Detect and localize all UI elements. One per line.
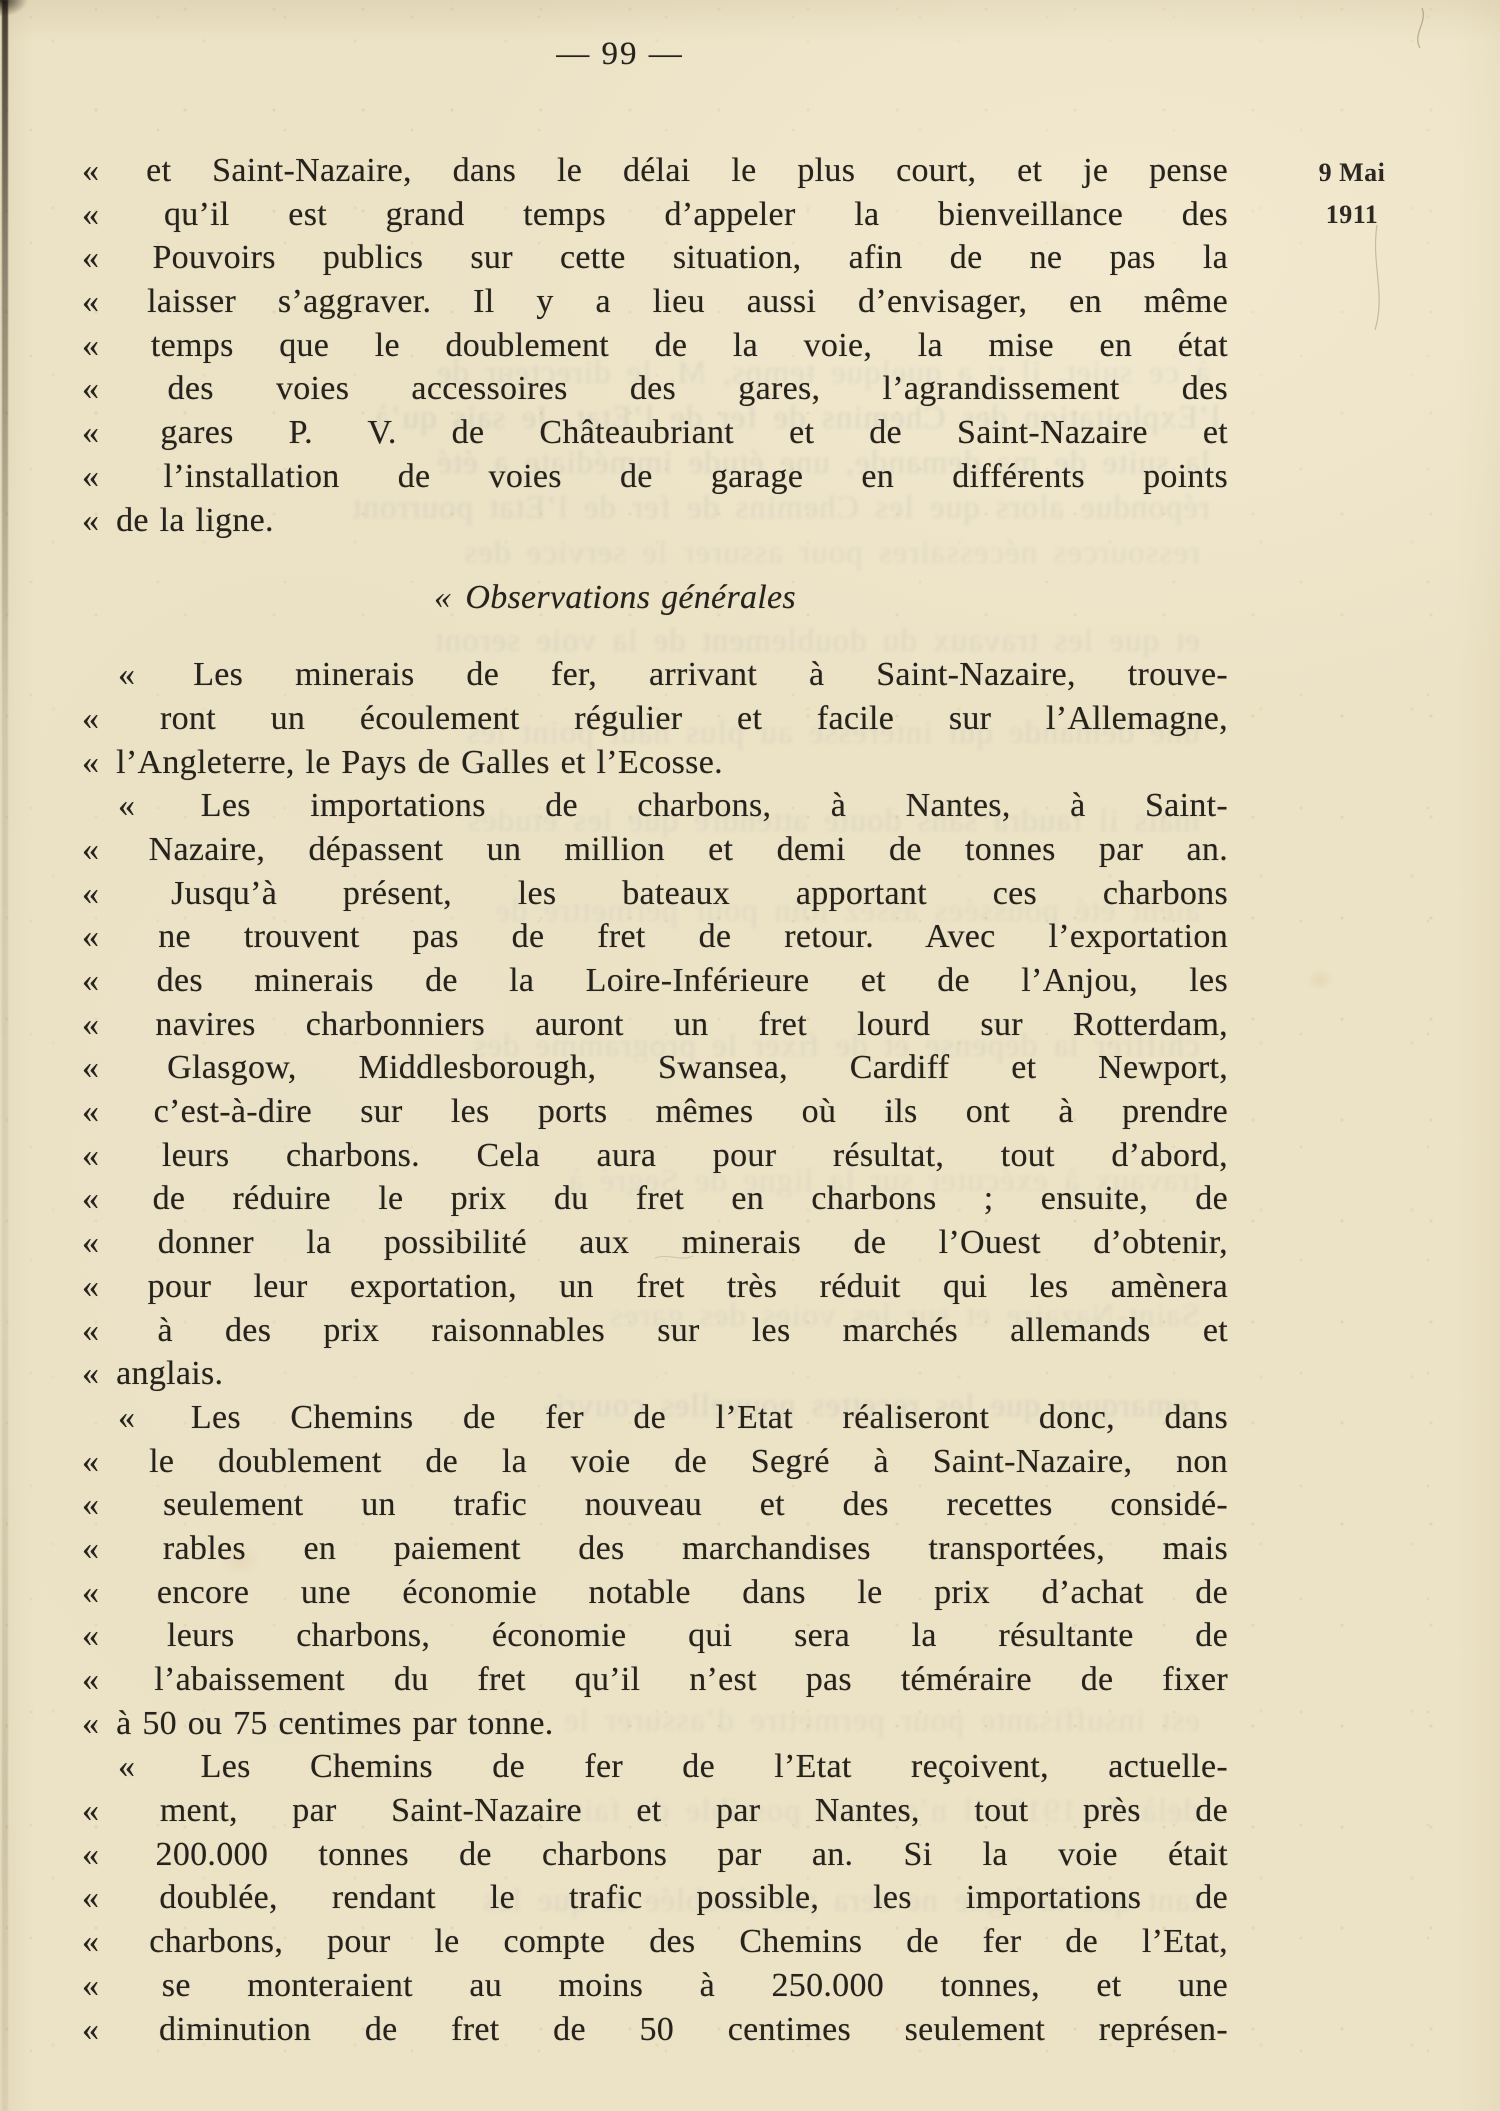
paragraph: « et Saint-Nazaire, dans le délai le plu… — [82, 149, 1228, 542]
text-line-content: et Saint-Nazaire, dans le délai le plus … — [146, 152, 1228, 189]
text-line: « à 50 ou 75 centimes par tonne. — [82, 1702, 1228, 1746]
text-line: « donner la possibilité aux minerais de … — [82, 1221, 1228, 1265]
text-line: « Nazaire, dépassent un million et demi … — [82, 828, 1228, 872]
text-line-content: Nazaire, dépassent un million et demi de… — [149, 831, 1228, 868]
quote-guillemet: « — [82, 1006, 99, 1043]
paragraph: « Les Chemins de fer de l’Etat réalisero… — [82, 1396, 1228, 1746]
page-number: — 99 — — [82, 36, 1228, 80]
text-line-content: Les Chemins de fer de l’Etat réaliseront… — [191, 1399, 1228, 1436]
section-heading-text: Observations générales — [465, 579, 796, 617]
text-line: « ment, par Saint-Nazaire et par Nantes,… — [82, 1789, 1228, 1833]
text-line-content: leurs charbons, économie qui sera la rés… — [167, 1617, 1228, 1654]
text-line-content: Les Chemins de fer de l’Etat reçoivent, … — [201, 1748, 1228, 1785]
text-line: « leurs charbons, économie qui sera la r… — [82, 1614, 1228, 1658]
text-line: « gares P. V. de Châteaubriant et de Sai… — [82, 411, 1228, 455]
quote-guillemet: « — [82, 1443, 99, 1480]
quote-guillemet: « — [82, 962, 99, 999]
text-line-content: pour leur exportation, un fret très rédu… — [148, 1268, 1228, 1305]
text-line: « et Saint-Nazaire, dans le délai le plu… — [82, 149, 1228, 193]
paragraph: « Les Chemins de fer de l’Etat reçoivent… — [82, 1745, 1228, 2051]
page-text: « et Saint-Nazaire, dans le délai le plu… — [82, 149, 1228, 2051]
quote-guillemet: « — [82, 1137, 99, 1174]
text-line-content: doublée, rendant le trafic possible, les… — [159, 1879, 1228, 1916]
text-line-content: l’installation de voies de garage en dif… — [163, 458, 1228, 495]
text-line-content: se monteraient au moins à 250.000 tonnes… — [162, 1967, 1228, 2004]
text-line-content: ront un écoulement régulier et facile su… — [160, 700, 1228, 737]
text-line: « charbons, pour le compte des Chemins d… — [82, 1920, 1228, 1964]
text-line-content: à des prix raisonnables sur les marchés … — [157, 1312, 1228, 1349]
text-line-content: ment, par Saint-Nazaire et par Nantes, t… — [160, 1792, 1228, 1829]
quote-guillemet: « — [118, 1399, 135, 1436]
text-line: « l’abaissement du fret qu’il n’est pas … — [82, 1658, 1228, 1702]
text-line: « de réduire le prix du fret en charbons… — [82, 1177, 1228, 1221]
quote-guillemet: « — [82, 458, 99, 495]
text-line-content: le doublement de la voie de Segré à Sain… — [149, 1443, 1228, 1480]
text-line-content: 200.000 tonnes de charbons par an. Si la… — [156, 1836, 1228, 1873]
quote-guillemet: « — [82, 1049, 99, 1086]
text-line: « Les importations de charbons, à Nantes… — [82, 784, 1228, 828]
text-line-content: Pouvoirs publics sur cette situation, af… — [152, 239, 1228, 276]
quote-guillemet: « — [82, 1312, 99, 1349]
text-line-content: temps que le doublement de la voie, la m… — [151, 327, 1228, 364]
text-line: « rables en paiement des marchandises tr… — [82, 1527, 1228, 1571]
text-line-content: navires charbonniers auront un fret lour… — [155, 1006, 1228, 1043]
text-line: « pour leur exportation, un fret très ré… — [82, 1265, 1228, 1309]
quote-guillemet: « — [82, 2011, 99, 2048]
text-line-content: qu’il est grand temps d’appeler la bienv… — [164, 196, 1228, 233]
text-line: « le doublement de la voie de Segré à Sa… — [82, 1440, 1228, 1484]
text-line-content: des voies accessoires des gares, l’agran… — [168, 370, 1228, 407]
text-line-content: de la ligne. — [116, 502, 274, 539]
quote-guillemet: « — [82, 196, 99, 233]
quote-guillemet: « — [82, 1355, 99, 1392]
text-line: « diminution de fret de 50 centimes seul… — [82, 2008, 1228, 2052]
text-line-content: encore une économie notable dans le prix… — [157, 1574, 1228, 1611]
quote-guillemet: « — [82, 1836, 99, 1873]
text-line-content: donner la possibilité aux minerais de l’… — [158, 1224, 1228, 1261]
quote-guillemet: « — [82, 1180, 99, 1217]
book-page: à ce sujet, il y a quelque temps, M. le … — [0, 0, 1500, 2111]
text-line: « ne trouvent pas de fret de retour. Ave… — [82, 915, 1228, 959]
quote-guillemet: « — [82, 1879, 99, 1916]
text-line: « Les Chemins de fer de l’Etat reçoivent… — [82, 1745, 1228, 1789]
quote-guillemet: « — [118, 1748, 135, 1785]
quote-guillemet: « — [82, 1661, 99, 1698]
quote-guillemet: « — [82, 1224, 99, 1261]
text-line: « c’est-à-dire sur les ports mêmes où il… — [82, 1090, 1228, 1134]
text-line-content: rables en paiement des marchandises tran… — [163, 1530, 1228, 1567]
text-line: « encore une économie notable dans le pr… — [82, 1571, 1228, 1615]
text-line: « temps que le doublement de la voie, la… — [82, 324, 1228, 368]
text-line-content: Les minerais de fer, arrivant à Saint-Na… — [193, 656, 1228, 693]
text-line: « de la ligne. — [82, 499, 1228, 543]
quote-guillemet: « — [82, 1792, 99, 1829]
text-line-content: gares P. V. de Châteaubriant et de Saint… — [160, 414, 1228, 451]
quote-guillemet: « — [82, 1093, 99, 1130]
quote-guillemet: « — [82, 1705, 99, 1742]
text-line-content: leurs charbons. Cela aura pour résultat,… — [162, 1137, 1228, 1174]
margin-date-line1: 9 Mai — [1272, 152, 1432, 194]
quote-guillemet: « — [82, 1486, 99, 1523]
quote-guillemet: « — [82, 1923, 99, 1960]
corner-ink-blot — [0, 0, 28, 17]
text-line-content: Glasgow, Middlesborough, Swansea, Cardif… — [167, 1049, 1228, 1086]
text-line: « Les Chemins de fer de l’Etat réalisero… — [82, 1396, 1228, 1440]
quote-guillemet: « — [82, 1617, 99, 1654]
quote-guillemet: « — [82, 327, 99, 364]
quote-guillemet: « — [82, 700, 99, 737]
quote-guillemet: « — [82, 152, 99, 189]
quote-guillemet: « — [82, 370, 99, 407]
text-line-content: de réduire le prix du fret en charbons ;… — [153, 1180, 1228, 1217]
text-line: « Pouvoirs publics sur cette situation, … — [82, 236, 1228, 280]
text-line-content: à 50 ou 75 centimes par tonne. — [116, 1705, 553, 1742]
quote-guillemet: « — [82, 1967, 99, 2004]
text-line: « 200.000 tonnes de charbons par an. Si … — [82, 1833, 1228, 1877]
text-line: « à des prix raisonnables sur les marché… — [82, 1309, 1228, 1353]
text-line: « Glasgow, Middlesborough, Swansea, Card… — [82, 1046, 1228, 1090]
quote-guillemet: « — [82, 502, 99, 539]
quote-guillemet: « — [82, 1268, 99, 1305]
margin-date-line2: 1911 — [1272, 194, 1432, 236]
quote-guillemet: « — [82, 414, 99, 451]
quote-guillemet: « — [118, 656, 135, 693]
text-line-content: charbons, pour le compte des Chemins de … — [149, 1923, 1228, 1960]
text-line: « des minerais de la Loire-Inférieure et… — [82, 959, 1228, 1003]
quote-guillemet: « — [82, 918, 99, 955]
quote-guillemet: « — [82, 831, 99, 868]
section-heading: «Observations générales — [82, 542, 1228, 653]
margin-date-note: 9 Mai 1911 — [1272, 152, 1432, 236]
page-edge-shadow — [2, 0, 8, 2111]
text-line: « navires charbonniers auront un fret lo… — [82, 1003, 1228, 1047]
text-line: « Les minerais de fer, arrivant à Saint-… — [82, 653, 1228, 697]
text-line-content: Jusqu’à présent, les bateaux apportant c… — [171, 875, 1228, 912]
text-line-content: ne trouvent pas de fret de retour. Avec … — [158, 918, 1228, 955]
text-line: « anglais. — [82, 1352, 1228, 1396]
text-line: « laisser s’aggraver. Il y a lieu aussi … — [82, 280, 1228, 324]
text-line-content: laisser s’aggraver. Il y a lieu aussi d’… — [147, 283, 1228, 320]
text-line: « leurs charbons. Cela aura pour résulta… — [82, 1134, 1228, 1178]
quote-guillemet: « — [82, 283, 99, 320]
text-line: « Jusqu’à présent, les bateaux apportant… — [82, 872, 1228, 916]
text-line-content: Les importations de charbons, à Nantes, … — [201, 787, 1228, 824]
text-line-content: seulement un trafic nouveau et des recet… — [163, 1486, 1228, 1523]
text-line-content: anglais. — [116, 1355, 223, 1392]
text-line: « des voies accessoires des gares, l’agr… — [82, 367, 1228, 411]
quote-guillemet: « — [82, 1530, 99, 1567]
text-line-content: l’Angleterre, le Pays de Galles et l’Eco… — [116, 744, 723, 781]
text-line-content: des minerais de la Loire-Inférieure et d… — [157, 962, 1228, 999]
quote-guillemet: « — [82, 1574, 99, 1611]
text-line: « ront un écoulement régulier et facile … — [82, 697, 1228, 741]
quote-guillemet: « — [82, 875, 99, 912]
quote-guillemet: « — [118, 787, 135, 824]
paragraph: « Les minerais de fer, arrivant à Saint-… — [82, 653, 1228, 784]
text-line-content: c’est-à-dire sur les ports mêmes où ils … — [154, 1093, 1228, 1130]
paragraph: « Les importations de charbons, à Nantes… — [82, 784, 1228, 1396]
text-line: « l’Angleterre, le Pays de Galles et l’E… — [82, 741, 1228, 785]
quote-guillemet: « — [82, 239, 99, 276]
text-line: « se monteraient au moins à 250.000 tonn… — [82, 1964, 1228, 2008]
text-line: « qu’il est grand temps d’appeler la bie… — [82, 193, 1228, 237]
text-line: « l’installation de voies de garage en d… — [82, 455, 1228, 499]
text-line: « seulement un trafic nouveau et des rec… — [82, 1483, 1228, 1527]
quote-guillemet: « — [434, 579, 451, 617]
quote-guillemet: « — [82, 744, 99, 781]
text-line-content: l’abaissement du fret qu’il n’est pas té… — [154, 1661, 1228, 1698]
text-line: « doublée, rendant le trafic possible, l… — [82, 1876, 1228, 1920]
text-line-content: diminution de fret de 50 centimes seulem… — [159, 2011, 1228, 2048]
